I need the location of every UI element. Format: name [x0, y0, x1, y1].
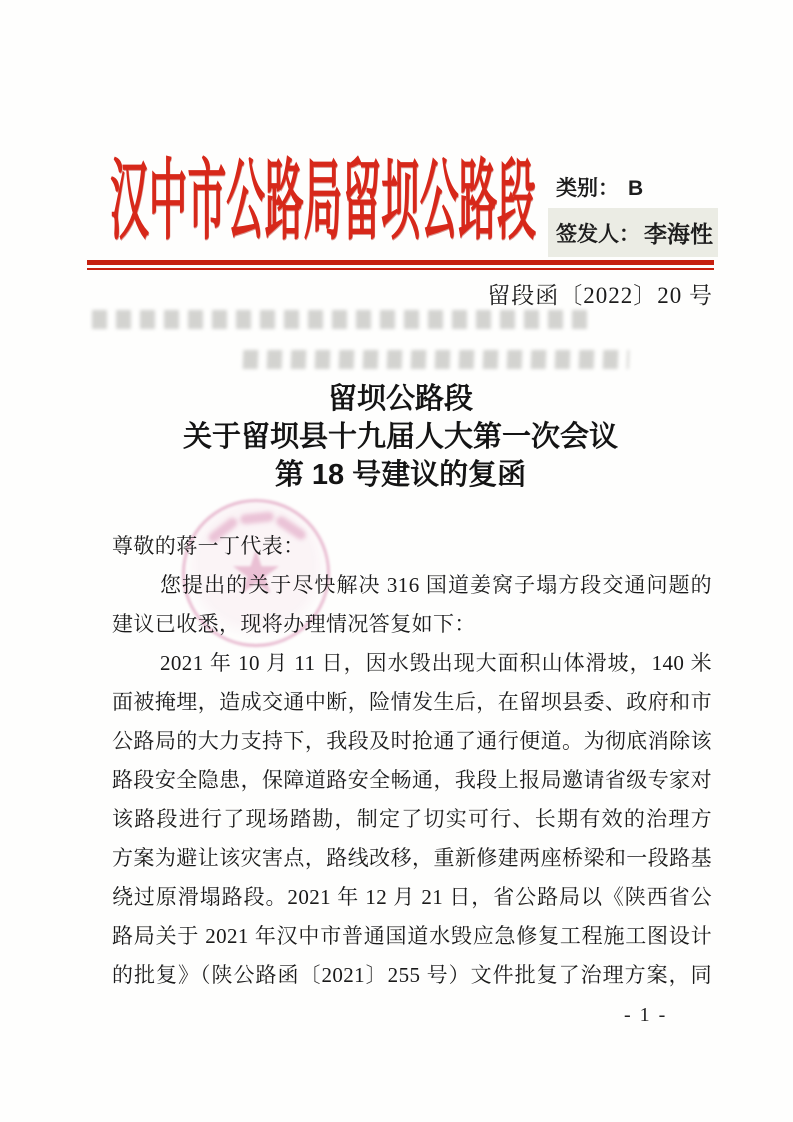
- category-label: 类别：: [556, 177, 619, 200]
- red-rule-thick: [87, 260, 714, 265]
- bleedthrough-text-row: [92, 310, 588, 329]
- body-text: 尊敬的蒋一丁代表： 您提出的关于尽快解决 316 国道姜窝子塌方段交通问题的 建…: [112, 527, 712, 995]
- body-line: 路局关于 2021 年汉中市普通国道水毁应急修复工程施工图设计: [112, 917, 712, 956]
- agency-masthead: 汉中市公路局留坝公路段: [110, 155, 536, 250]
- bleedthrough-text-row: [243, 350, 630, 369]
- body-line: 尊敬的蒋一丁代表：: [112, 527, 712, 566]
- title-line-3: 第 18 号建议的复函: [88, 456, 713, 494]
- body-line: 该路段进行了现场踏勘，制定了切实可行、长期有效的治理方案，: [112, 800, 712, 839]
- page-number: - 1 -: [624, 1004, 667, 1027]
- document-title: 留坝公路段 关于留坝县十九届人大第一次会议 第 18 号建议的复函: [88, 380, 713, 494]
- issuer-label: 签发人：: [556, 218, 640, 248]
- category-field: 类别：B: [556, 172, 643, 202]
- body-line: 公路局的大力支持下，我段及时抢通了通行便道。为彻底消除该: [112, 722, 712, 761]
- document-number: 留段函〔2022〕20 号: [470, 277, 713, 310]
- issuer-field: 签发人：李海性: [548, 208, 718, 257]
- document-page: 汉中市公路局留坝公路段 类别：B 签发人：李海性 留段函〔2022〕20 号 留…: [0, 0, 793, 1122]
- category-value: B: [628, 177, 643, 200]
- body-line: 建议已收悉，现将办理情况答复如下：: [112, 605, 712, 644]
- body-line: 您提出的关于尽快解决 316 国道姜窝子塌方段交通问题的: [112, 566, 712, 605]
- red-rule-thin: [87, 268, 714, 270]
- body-line: 路段安全隐患，保障道路安全畅通，我段上报局邀请省级专家对: [112, 761, 712, 800]
- body-line: 2021 年 10 月 11 日，因水毁出现大面积山体滑坡，140 米路: [112, 644, 712, 683]
- body-line: 绕过原滑塌路段。2021 年 12 月 21 日，省公路局以《陕西省公: [112, 878, 712, 917]
- issuer-name: 李海性: [644, 216, 713, 249]
- body-line: 面被掩埋，造成交通中断，险情发生后，在留坝县委、政府和市: [112, 683, 712, 722]
- title-line-2: 关于留坝县十九届人大第一次会议: [88, 418, 713, 456]
- body-line: 的批复》（陕公路函〔2021〕255 号）文件批复了治理方案，同: [112, 956, 712, 995]
- stamp-arc-mark: [240, 511, 275, 524]
- body-line: 方案为避让该灾害点，路线改移，重新修建两座桥梁和一段路基: [112, 839, 712, 878]
- title-line-1: 留坝公路段: [88, 380, 713, 418]
